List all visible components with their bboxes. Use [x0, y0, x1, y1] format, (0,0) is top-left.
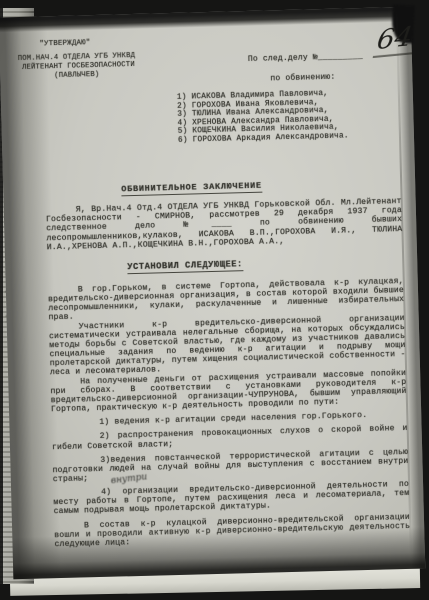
case-number-line: По след.делу №_________: [248, 52, 363, 64]
document-body: В гор.Горьком, в системе Гортопа, действ…: [48, 277, 411, 549]
intro-paragraph: Я, Вр.Нач.4 Отд.4 ОТДЕЛА УГБ УНКВД Горьк…: [46, 197, 403, 252]
approver-position-line2: ЛЕЙТЕНАНТ ГОСБЕЗОПАСНОСТИ: [22, 61, 135, 72]
closing-paragraph: В состав к-р кулацкой диверсионно-вредит…: [54, 512, 411, 549]
document-title: ОБВИНИТЕЛЬНОЕ ЗАКЛЮЧЕНИЕ: [121, 181, 262, 197]
handwritten-page-number: 64: [373, 21, 418, 58]
charge-item: 4) организации вредительско-диверсионной…: [53, 480, 410, 517]
charge-item: 3)ведения повстанческой террористической…: [52, 448, 409, 485]
body-paragraph: Участники к-р вредительско-диверсионной …: [49, 314, 406, 378]
approve-stamp-word: "УТВЕРЖДАЮ": [39, 39, 90, 48]
intro-text: Я, Вр.Нач.4 Отд.4 ОТДЕЛА УГБ УНКВД Горьк…: [46, 197, 403, 252]
approver-name: (ПАВЛЫЧЕВ): [54, 71, 99, 80]
charge-item: 2) распространения провокационных слухов…: [52, 424, 408, 452]
accusation-label: по обвинению:: [270, 73, 335, 84]
accused-list: 1) ИСАКОВА Владимира Павловича, 2) ГОРОХ…: [177, 89, 349, 145]
archive-scan-photo: 26 30 7 61 41 74 2б у 9 3у 7 14 64 "УТВЕ…: [0, 0, 429, 600]
document-page: 64 "УТВЕРЖДАЮ" ПОМ.НАЧ.4 ОТДЕЛА УГБ УНКВ…: [0, 7, 425, 580]
established-heading: УСТАНОВИЛ СЛЕДУЮЩЕЕ:: [127, 259, 243, 274]
